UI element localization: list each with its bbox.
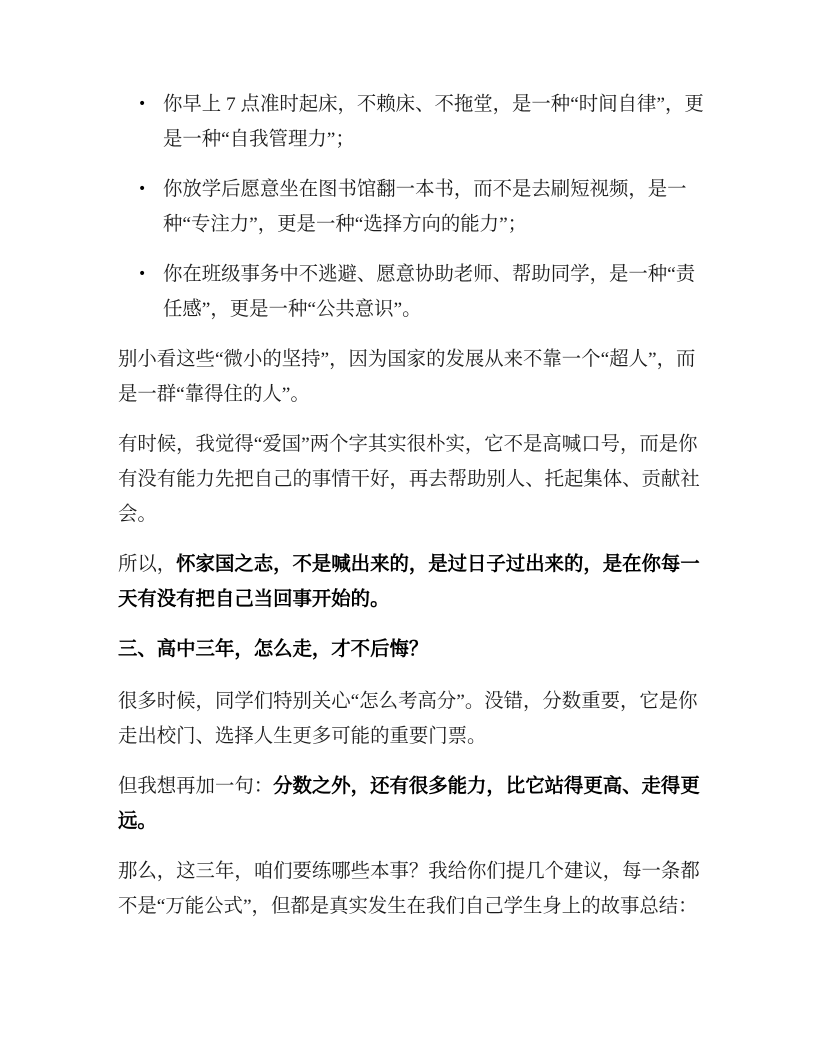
bullet-list: • 你早上 7 点准时起床，不赖床、不拖堂，是一种“时间自律”，更是一种“自我管… bbox=[118, 87, 704, 327]
bullet-icon: • bbox=[138, 87, 146, 122]
bullet-item: • 你在班级事务中不逃避、愿意协助老师、帮助同学，是一种“责任感”，更是一种“公… bbox=[163, 257, 704, 327]
body-paragraph-conclusion: 所以，怀家国之志，不是喊出来的，是过日子过出来的，是在你每一天有没有把自己当回事… bbox=[118, 547, 704, 617]
bullet-text: 你在班级事务中不逃避、愿意协助老师、帮助同学，是一种“责任感”，更是一种“公共意… bbox=[163, 264, 695, 320]
bullet-icon: • bbox=[138, 257, 146, 292]
paragraph-lead-text: 但我想再加一句： bbox=[118, 776, 273, 797]
bullet-text: 你早上 7 点准时起床，不赖床、不拖堂，是一种“时间自律”，更是一种“自我管理力… bbox=[163, 94, 704, 150]
bold-emphasis-text: 怀家国之志，不是喊出来的，是过日子过出来的，是在你每一天有没有把自己当回事开始的… bbox=[118, 553, 700, 610]
body-paragraph-patriotism: 有时候，我觉得“爱国”两个字其实很朴实，它不是高喊口号，而是你有没有能力先把自己… bbox=[118, 427, 704, 532]
bullet-icon: • bbox=[138, 172, 146, 207]
section-heading-three: 三、高中三年，怎么走，才不后悔？ bbox=[118, 632, 704, 667]
bullet-item: • 你放学后愿意坐在图书馆翻一本书，而不是去刷短视频，是一种“专注力”，更是一种… bbox=[163, 172, 704, 242]
body-paragraph-beyond-scores: 但我想再加一句：分数之外，还有很多能力，比它站得更高、走得更远。 bbox=[118, 769, 704, 839]
paragraph-lead-text: 所以， bbox=[118, 554, 176, 575]
body-paragraph-scores: 很多时候，同学们特别关心“怎么考高分”。没错，分数重要，它是你走出校门、选择人生… bbox=[118, 684, 704, 754]
bullet-item: • 你早上 7 点准时起床，不赖床、不拖堂，是一种“时间自律”，更是一种“自我管… bbox=[163, 87, 704, 157]
body-paragraph-three-years: 那么，这三年，咱们要练哪些本事？我给你们提几个建议，每一条都不是“万能公式”，但… bbox=[118, 854, 704, 924]
body-paragraph-small-persistence: 别小看这些“微小的坚持”，因为国家的发展从来不靠一个“超人”，而是一群“靠得住的… bbox=[118, 342, 704, 412]
bullet-text: 你放学后愿意坐在图书馆翻一本书，而不是去刷短视频，是一种“专注力”，更是一种“选… bbox=[163, 179, 687, 235]
document-page: • 你早上 7 点准时起床，不赖床、不拖堂，是一种“时间自律”，更是一种“自我管… bbox=[0, 0, 816, 1056]
